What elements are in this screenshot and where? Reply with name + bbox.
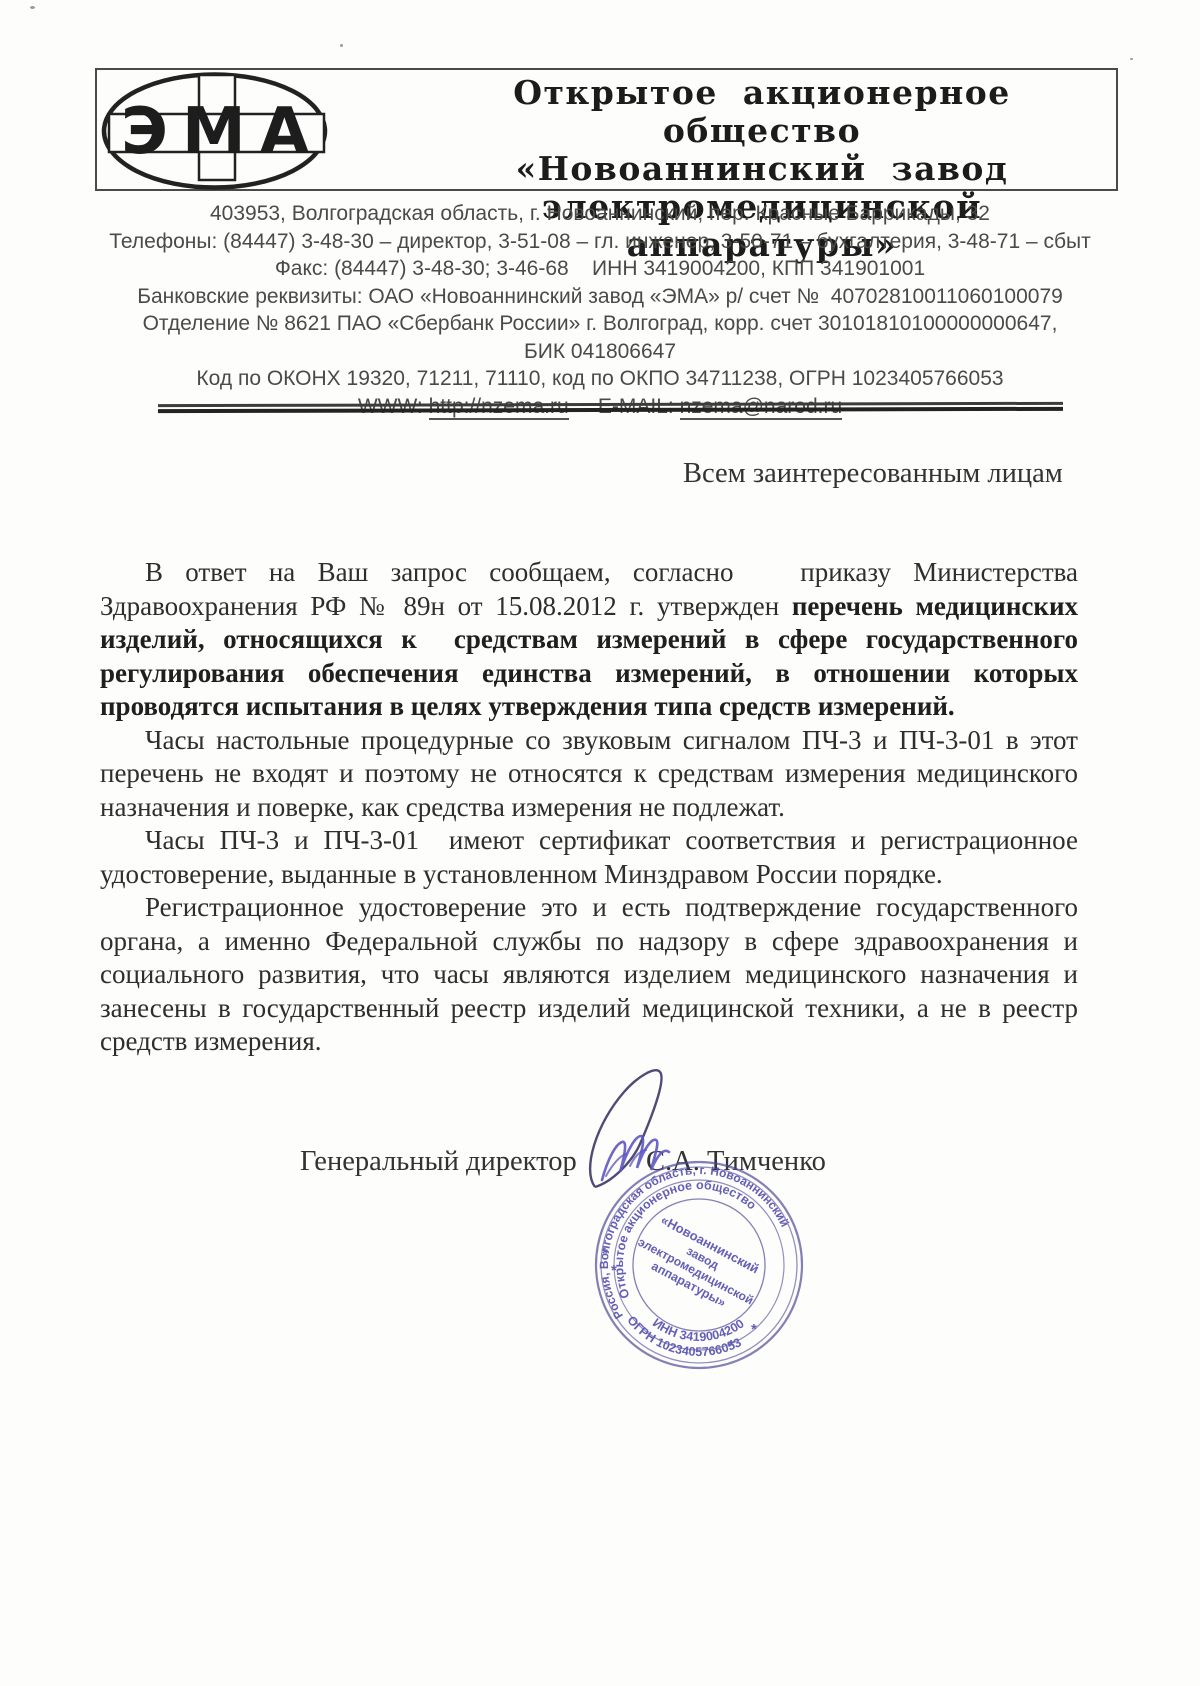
- stamp-star-icon: *: [602, 1245, 608, 1262]
- stamp-star-icon: *: [728, 1337, 734, 1354]
- scan-speck: [30, 6, 35, 9]
- letter-body: В ответ на Ваш запрос сообщаем, согласно…: [100, 556, 1078, 1059]
- scan-speck: [340, 44, 343, 47]
- contact-bank-line2: Отделение № 8621 ПАО «Сбербанк России» г…: [5, 310, 1195, 338]
- contact-bank-line1: Банковские реквизиты: ОАО «Новоаннинский…: [5, 283, 1195, 311]
- contact-address: 403953, Волгоградская область, г. Новоан…: [5, 200, 1195, 228]
- signer-title: Генеральный директор: [300, 1146, 577, 1178]
- contact-block: 403953, Волгоградская область, г. Новоан…: [5, 200, 1195, 420]
- scan-speck: [1130, 58, 1133, 60]
- company-title-line: Открытое акционерное общество: [417, 74, 1107, 150]
- contact-phones: Телефоны: (84447) 3-48-30 – директор, 3-…: [5, 228, 1195, 256]
- company-title-line: «Новоаннинский завод: [417, 150, 1107, 188]
- paragraph-3: Часы ПЧ-3 и ПЧ-3-01 имеют сертификат соо…: [100, 824, 1078, 891]
- paragraph-4: Регистрационное удостоверение это и есть…: [100, 891, 1078, 1059]
- contact-bik: БИК 041806647: [5, 338, 1195, 366]
- letterhead: ЭМА Открытое акционерное общество «Новоа…: [95, 68, 1118, 191]
- paragraph-1: В ответ на Ваш запрос сообщаем, согласно…: [100, 556, 1078, 724]
- contact-fax: Факс: (84447) 3-48-30; 3-46-68 ИНН 34190…: [5, 255, 1195, 283]
- addressee-line: Всем заинтересованным лицам: [683, 458, 1063, 490]
- stamp-star-icon: *: [751, 1321, 757, 1338]
- stamp-star-icon: *: [611, 1262, 617, 1279]
- ema-logo: ЭМА: [97, 70, 347, 193]
- paragraph-2: Часы настольные процедурные со звуковым …: [100, 724, 1078, 825]
- logo-text: ЭМА: [121, 95, 323, 169]
- company-stamp: Россия, Волгоградская область, г. Новоан…: [578, 1158, 828, 1383]
- scanned-letter-page: ЭМА Открытое акционерное общество «Новоа…: [0, 0, 1200, 1686]
- contact-codes: Код по ОКОНХ 19320, 71211, 71110, код по…: [5, 365, 1195, 393]
